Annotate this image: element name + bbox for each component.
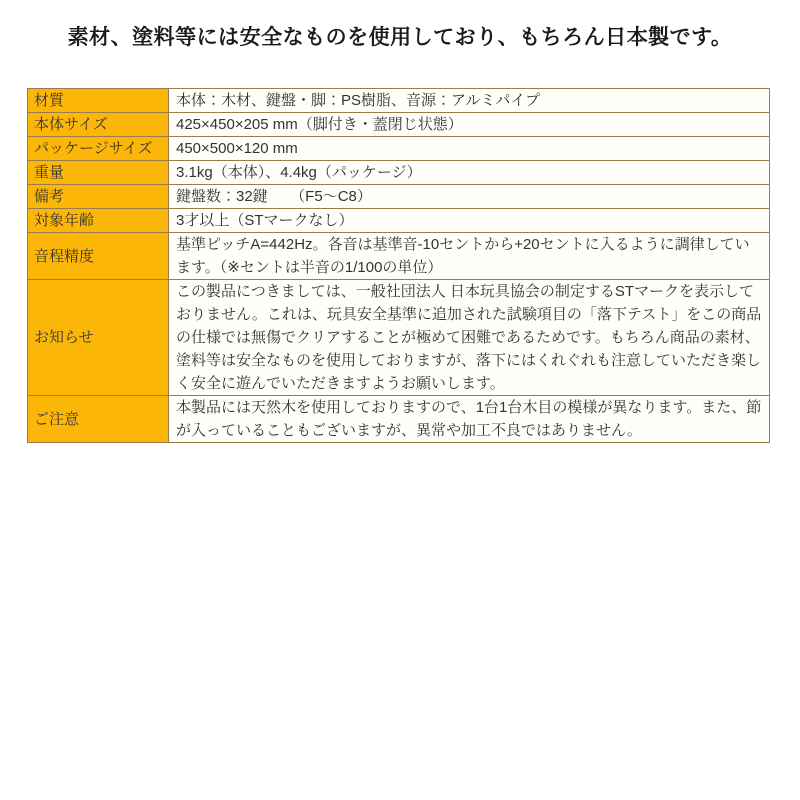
table-row: 材質本体：木材、鍵盤・脚：PS樹脂、音源：アルミパイプ [28,89,770,113]
spec-value-cell: 450×500×120 mm [169,137,770,161]
page-title: 素材、塗料等には安全なものを使用しており、もちろん日本製です。 [0,0,800,51]
table-row: お知らせこの製品につきましては、一般社団法人 日本玩具協会の制定するSTマークを… [28,280,770,396]
table-row: 音程精度基準ピッチA=442Hz。各音は基準音-10セントから+20セントに入る… [28,233,770,280]
table-row: パッケージサイズ450×500×120 mm [28,137,770,161]
table-row: 本体サイズ425×450×205 mm（脚付き・蓋閉じ状態） [28,113,770,137]
spec-label-cell: ご注意 [28,396,169,443]
spec-value-cell: 425×450×205 mm（脚付き・蓋閉じ状態） [169,113,770,137]
spec-label-cell: 材質 [28,89,169,113]
spec-value-cell: 本製品には天然木を使用しておりますので、1台1台木目の模様が異なります。また、節… [169,396,770,443]
spec-label-cell: パッケージサイズ [28,137,169,161]
spec-label-cell: 音程精度 [28,233,169,280]
spec-value-cell: この製品につきましては、一般社団法人 日本玩具協会の制定するSTマークを表示して… [169,280,770,396]
table-row: 対象年齢3才以上（STマークなし） [28,209,770,233]
table-row: ご注意本製品には天然木を使用しておりますので、1台1台木目の模様が異なります。ま… [28,396,770,443]
spec-value-cell: 鍵盤数：32鍵 （F5～C8） [169,185,770,209]
spec-label-cell: 備考 [28,185,169,209]
spec-label-cell: 本体サイズ [28,113,169,137]
spec-label-cell: お知らせ [28,280,169,396]
table-row: 重量3.1kg（本体）、4.4kg（パッケージ） [28,161,770,185]
spec-value-cell: 3.1kg（本体）、4.4kg（パッケージ） [169,161,770,185]
spec-label-cell: 対象年齢 [28,209,169,233]
spec-value-cell: 3才以上（STマークなし） [169,209,770,233]
product-spec-section: 素材、塗料等には安全なものを使用しており、もちろん日本製です。 材質本体：木材、… [0,0,800,51]
table-row: 備考鍵盤数：32鍵 （F5～C8） [28,185,770,209]
spec-value-cell: 本体：木材、鍵盤・脚：PS樹脂、音源：アルミパイプ [169,89,770,113]
spec-table: 材質本体：木材、鍵盤・脚：PS樹脂、音源：アルミパイプ本体サイズ425×450×… [27,88,770,443]
spec-value-cell: 基準ピッチA=442Hz。各音は基準音-10セントから+20セントに入るように調… [169,233,770,280]
spec-table-body: 材質本体：木材、鍵盤・脚：PS樹脂、音源：アルミパイプ本体サイズ425×450×… [28,89,770,443]
spec-label-cell: 重量 [28,161,169,185]
